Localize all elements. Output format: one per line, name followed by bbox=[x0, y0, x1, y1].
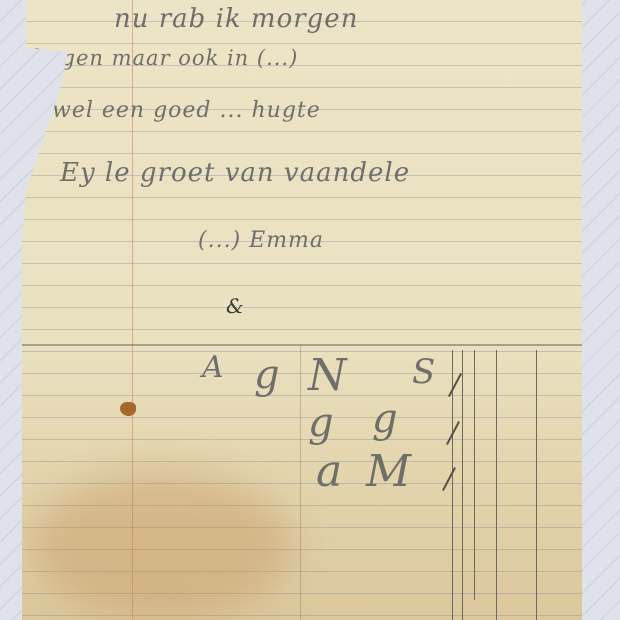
column-line bbox=[496, 350, 497, 620]
handwriting-line-1: nu rab ik morgen bbox=[114, 4, 358, 34]
fold-crease-vertical bbox=[300, 346, 301, 620]
ampersand-mark: & bbox=[226, 294, 245, 318]
column-line bbox=[536, 350, 537, 620]
ink-blot bbox=[120, 402, 136, 416]
letter-a: A bbox=[202, 350, 225, 385]
handwriting-line-4: Ey le groet van vaandele bbox=[60, 158, 410, 188]
handwriting-line-2: de gen maar ook in (...) bbox=[26, 46, 298, 70]
letter-g-2: g bbox=[308, 400, 335, 446]
column-line bbox=[462, 350, 463, 620]
letter-g: g bbox=[254, 352, 281, 398]
handwriting-line-3: wel een goed ... hugte bbox=[52, 98, 321, 123]
paper-sheet: nu rab ik morgen de gen maar ook in (...… bbox=[22, 0, 582, 620]
water-stain bbox=[32, 470, 292, 620]
fold-crease bbox=[22, 344, 582, 346]
column-line bbox=[474, 350, 475, 600]
letter-m: M bbox=[366, 446, 412, 497]
letter-s: S bbox=[412, 352, 436, 392]
letter-a-2: a bbox=[316, 446, 343, 497]
letter-n: N bbox=[308, 350, 348, 401]
letter-g-3: g bbox=[372, 396, 399, 442]
handwriting-signature: (...) Emma bbox=[198, 228, 324, 253]
